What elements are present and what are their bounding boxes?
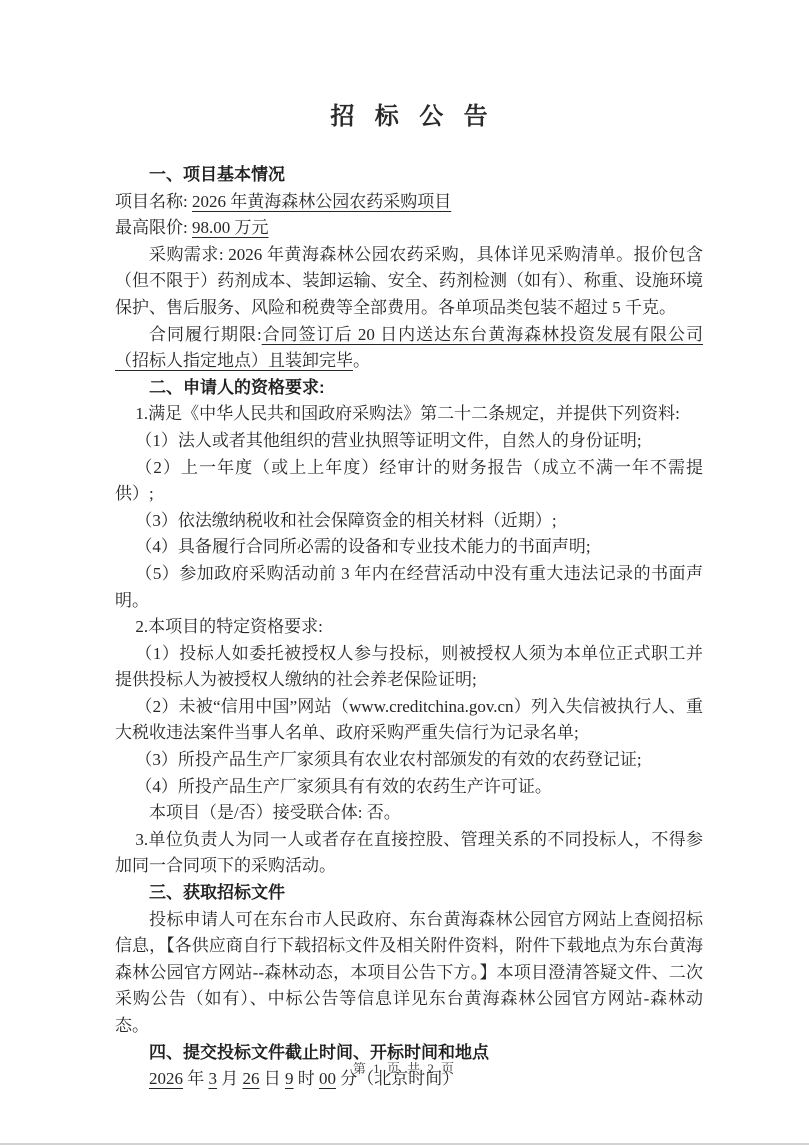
qualification-item-1-4: （4）具备履行合同所必需的设备和专业技术能力的书面声明;	[115, 534, 703, 561]
document-content: 招标公告 一、项目基本情况项目名称: 2026 年黄海森林公园农药采购项目最高限…	[115, 0, 703, 1093]
text-segment: （4）所投产品生产厂家须具有有效的农药生产许可证。	[135, 777, 552, 796]
section-1-heading: 一、项目基本情况	[115, 162, 703, 189]
consortium-line: 本项目（是/否）接受联合体: 否。	[115, 800, 703, 827]
section-3-heading: 三、获取招标文件	[115, 880, 703, 907]
qualification-item-1-1: （1）法人或者其他组织的营业执照等证明文件，自然人的身份证明;	[115, 428, 703, 455]
text-segment: 。	[353, 351, 370, 370]
underlined-text: 2026 年黄海森林公园农药采购项目	[192, 192, 451, 211]
max-price-line: 最高限价: 98.00 万元	[115, 215, 703, 242]
underlined-text: 98.00 万元	[192, 218, 269, 237]
text-segment: （5）参加政府采购活动前 3 年内在经营活动中没有重大违法记录的书面声明。	[115, 564, 703, 610]
text-segment: （1）法人或者其他组织的营业执照等证明文件，自然人的身份证明;	[135, 431, 641, 450]
text-segment: 3.单位负责人为同一人或者存在直接控股、管理关系的不同投标人，不得参加同一合同项…	[115, 830, 703, 876]
qualification-item-1-5: （5）参加政府采购活动前 3 年内在经营活动中没有重大违法记录的书面声明。	[115, 561, 703, 614]
qualification-item-1-2: （2）上一年度（或上上年度）经审计的财务报告（成立不满一年不需提供）;	[115, 455, 703, 508]
project-name-line: 项目名称: 2026 年黄海森林公园农药采购项目	[115, 189, 703, 216]
text-segment: 三、获取招标文件	[149, 883, 285, 902]
qualification-item-2-1: （1）投标人如委托被授权人参与投标，则被授权人须为本单位正式职工并提供投标人为被…	[115, 641, 703, 694]
text-segment: 本项目（是/否）接受联合体: 否。	[149, 803, 401, 822]
text-segment: （2）上一年度（或上上年度）经审计的财务报告（成立不满一年不需提供）;	[115, 458, 703, 504]
qualification-item-2-3: （3）所投产品生产厂家须具有农业农村部颁发的有效的农药登记证;	[115, 747, 703, 774]
text-segment: 二、申请人的资格要求:	[149, 378, 325, 397]
text-segment: （1）投标人如委托被授权人参与投标，则被授权人须为本单位正式职工并提供投标人为被…	[115, 644, 703, 690]
text-segment: （3）所投产品生产厂家须具有农业农村部颁发的有效的农药登记证;	[135, 750, 641, 769]
qualification-item-2-2: （2）未被“信用中国”网站（www.creditchina.gov.cn）列入失…	[115, 694, 703, 747]
document-title: 招标公告	[115, 102, 703, 132]
text-segment: 一、项目基本情况	[149, 165, 285, 184]
text-segment: （3）依法缴纳税收和社会保障资金的相关材料（近期）;	[135, 511, 556, 530]
qualification-item-3: 3.单位负责人为同一人或者存在直接控股、管理关系的不同投标人，不得参加同一合同项…	[115, 827, 703, 880]
contract-period-paragraph: 合同履行期限:合同签订后 20 日内送达东台黄海森林投资发展有限公司（招标人指定…	[115, 322, 703, 375]
text-segment: 项目名称:	[115, 192, 192, 211]
page-number: 第 1 页 共 2 页	[0, 1058, 809, 1077]
document-page: 招标公告 一、项目基本情况项目名称: 2026 年黄海森林公园农药采购项目最高限…	[0, 0, 809, 1145]
text-segment: 1.满足《中华人民共和国政府采购法》第二十二条规定，并提供下列资料:	[135, 404, 679, 423]
text-segment: （4）具备履行合同所必需的设备和专业技术能力的书面声明;	[135, 537, 590, 556]
procurement-demand-paragraph: 采购需求: 2026 年黄海森林公园农药采购，具体详见采购清单。报价包含（但不限…	[115, 242, 703, 322]
document-body: 一、项目基本情况项目名称: 2026 年黄海森林公园农药采购项目最高限价: 98…	[115, 162, 703, 1093]
qualification-item-1: 1.满足《中华人民共和国政府采购法》第二十二条规定，并提供下列资料:	[115, 401, 703, 428]
qualification-item-2-4: （4）所投产品生产厂家须具有有效的农药生产许可证。	[115, 774, 703, 801]
section-2-heading: 二、申请人的资格要求:	[115, 375, 703, 402]
text-segment: 投标申请人可在东台市人民政府、东台黄海森林公园官方网站上查阅招标信息，【各供应商…	[115, 910, 703, 1035]
document-acquisition-paragraph: 投标申请人可在东台市人民政府、东台黄海森林公园官方网站上查阅招标信息，【各供应商…	[115, 907, 703, 1040]
qualification-item-2: 2.本项目的特定资格要求:	[115, 614, 703, 641]
text-segment: （2）未被“信用中国”网站（www.creditchina.gov.cn）列入失…	[115, 697, 703, 743]
text-segment: 最高限价:	[115, 218, 192, 237]
text-segment: 2.本项目的特定资格要求:	[135, 617, 322, 636]
qualification-item-1-3: （3）依法缴纳税收和社会保障资金的相关材料（近期）;	[115, 508, 703, 535]
text-segment: 采购需求: 2026 年黄海森林公园农药采购，具体详见采购清单。报价包含（但不限…	[115, 245, 703, 317]
text-segment: 合同履行期限:	[149, 325, 262, 344]
